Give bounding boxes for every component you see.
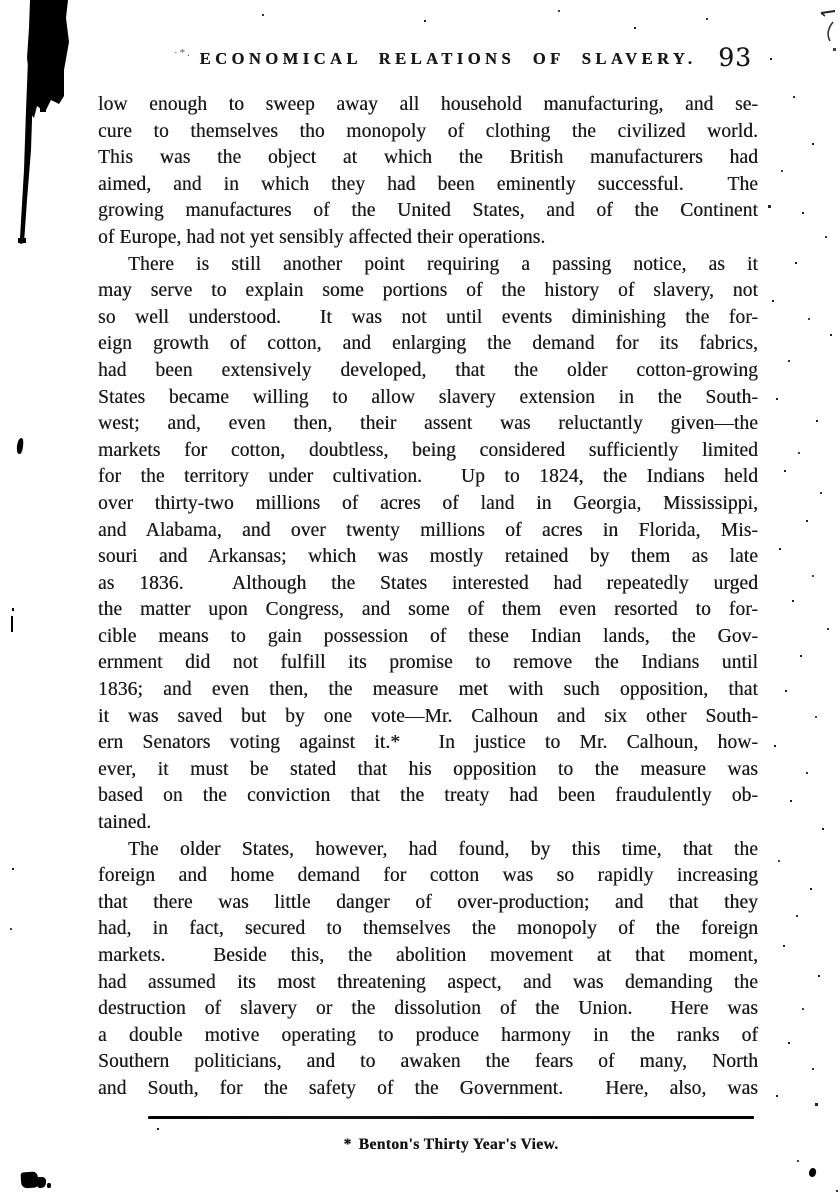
text-line: growing manufactures of the United State… — [98, 198, 758, 225]
text-line: destruction of slavery or the dissolutio… — [98, 996, 758, 1023]
text-line: ernment did not fulfill its promise to r… — [98, 650, 758, 677]
text-line: aimed, and in which they had been eminen… — [98, 172, 758, 199]
text-line: based on the conviction that the treaty … — [98, 783, 758, 810]
text-line: cible means to gain possession of these … — [98, 624, 758, 651]
scan-ink-blob-bottomleft — [20, 1171, 38, 1188]
text-line: and Alabama, and over twenty millions of… — [98, 518, 758, 545]
text-line: ever, it must be stated that his opposit… — [98, 757, 758, 784]
text-line: markets for cotton, doubtless, being con… — [98, 438, 758, 465]
text-line: Southern politicians, and to awaken the … — [98, 1049, 758, 1076]
paragraph: The older States, however, had found, by… — [98, 837, 758, 1103]
book-page: ·*. ECONOMICAL RELATIONS OF SLAVERY. 93 … — [0, 0, 840, 1200]
page-number: 93 — [718, 43, 752, 72]
footnote-separator — [148, 1116, 754, 1119]
scan-ink-blob-bottomleft — [47, 1183, 51, 1188]
scan-dot-bottomright — [808, 1167, 817, 1178]
text-line: a double motive operating to produce har… — [98, 1023, 758, 1050]
scan-mark-left-dot — [12, 608, 14, 611]
scan-ink-blob-topleft-icon — [0, 0, 90, 260]
text-line: The older States, however, had found, by… — [98, 837, 758, 864]
text-line: over thirty-two millions of acres of lan… — [98, 491, 758, 518]
paragraph: low enough to sweep away all household m… — [98, 92, 758, 252]
text-line: the matter upon Congress, and some of th… — [98, 597, 758, 624]
text-line: had assumed its most threatening aspect,… — [98, 970, 758, 997]
text-line: markets. Beside this, the abolition move… — [98, 943, 758, 970]
text-line: 1836; and even then, the measure met wit… — [98, 677, 758, 704]
text-line: ern Senators voting against it.* In just… — [98, 730, 758, 757]
footnote: *Benton's Thirty Year's View. — [148, 1136, 754, 1154]
text-line: foreign and home demand for cotton was s… — [98, 863, 758, 890]
text-line: cure to themselves tho monopoly of cloth… — [98, 119, 758, 146]
page-body: low enough to sweep away all household m… — [98, 92, 758, 1103]
text-line: tained. — [98, 810, 758, 837]
text-line: of Europe, had not yet sensibly affected… — [98, 225, 758, 252]
text-line: west; and, even then, their assent was r… — [98, 411, 758, 438]
scan-ink-blob-bottomleft — [37, 1177, 46, 1188]
text-line: and South, for the safety of the Governm… — [98, 1076, 758, 1103]
text-line: had, in fact, secured to themselves the … — [98, 916, 758, 943]
scan-ornament-mark: ·*. — [174, 47, 192, 59]
text-line: eign growth of cotton, and enlarging the… — [98, 331, 758, 358]
running-title: ECONOMICAL RELATIONS OF SLAVERY. — [200, 49, 697, 69]
text-line: for the territory under cultivation. Up … — [98, 464, 758, 491]
text-line: as 1836. Although the States interested … — [98, 571, 758, 598]
paragraph: There is still another point requiring a… — [98, 252, 758, 837]
page-header: ·*. ECONOMICAL RELATIONS OF SLAVERY. 93 — [98, 45, 758, 79]
text-line: States became willing to allow slavery e… — [98, 385, 758, 412]
text-line: low enough to sweep away all household m… — [98, 92, 758, 119]
text-line: that there was little danger of over-pro… — [98, 890, 758, 917]
text-line: souri and Arkansas; which was mostly ret… — [98, 544, 758, 571]
text-line: had been extensively developed, that the… — [98, 358, 758, 385]
footnote-marker: * — [344, 1136, 352, 1153]
text-line: There is still another point requiring a… — [98, 252, 758, 279]
text-line: This was the object at which the British… — [98, 145, 758, 172]
scan-mark-left-line — [11, 616, 13, 632]
text-line: may serve to explain some portions of th… — [98, 278, 758, 305]
scan-mark-left-margin — [16, 438, 24, 455]
text-line: so well understood. It was not until eve… — [98, 305, 758, 332]
footnote-text: Benton's Thirty Year's View. — [359, 1136, 559, 1153]
text-line: it was saved but by one vote—Mr. Calhoun… — [98, 704, 758, 731]
scan-mark-topright-icon — [812, 4, 840, 44]
scan-speckles-large — [0, 0, 3, 3]
